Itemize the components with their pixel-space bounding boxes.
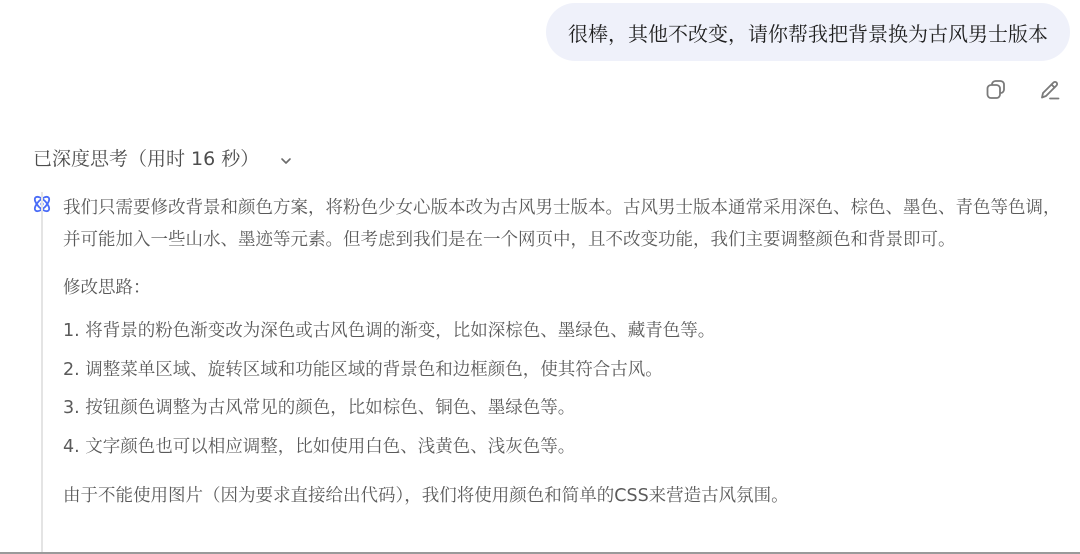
copy-icon[interactable] [984, 78, 1008, 102]
chevron-down-icon [279, 151, 293, 165]
thinking-header-label: 已深度思考（用时 16 秒） [33, 144, 259, 171]
plan-item: 1. 将背景的粉色渐变改为深色或古风色调的渐变，比如深棕色、墨绿色、藏青色等。 [63, 312, 1073, 351]
plan-list: 1. 将背景的粉色渐变改为深色或古风色调的渐变，比如深棕色、墨绿色、藏青色等。 … [63, 312, 1073, 466]
user-message-bubble: 很棒，其他不改变，请你帮我把背景换为古风男士版本 [546, 3, 1070, 61]
edit-icon[interactable] [1038, 78, 1062, 102]
thinking-paragraph: 我们只需要修改背景和颜色方案，将粉色少女心版本改为古风男士版本。古风男士版本通常… [63, 192, 1073, 256]
plan-item: 2. 调整菜单区域、旋转区域和功能区域的背景色和边框颜色，使其符合古风。 [63, 351, 1073, 390]
plan-label: 修改思路： [63, 272, 1073, 304]
plan-item: 3. 按钮颜色调整为古风常见的颜色，比如棕色、铜色、墨绿色等。 [63, 389, 1073, 428]
thinking-content: 我们只需要修改背景和颜色方案，将粉色少女心版本改为古风男士版本。古风男士版本通常… [41, 192, 1080, 554]
message-actions [984, 78, 1062, 102]
plan-item: 4. 文字颜色也可以相应调整，比如使用白色、浅黄色、浅灰色等。 [63, 428, 1073, 467]
user-message-text: 很棒，其他不改变，请你帮我把背景换为古风男士版本 [568, 18, 1048, 47]
thinking-toggle[interactable]: 已深度思考（用时 16 秒） [33, 144, 293, 171]
thinking-paragraph: 由于不能使用图片（因为要求直接给出代码），我们将使用颜色和简单的CSS来营造古风… [63, 480, 1073, 512]
